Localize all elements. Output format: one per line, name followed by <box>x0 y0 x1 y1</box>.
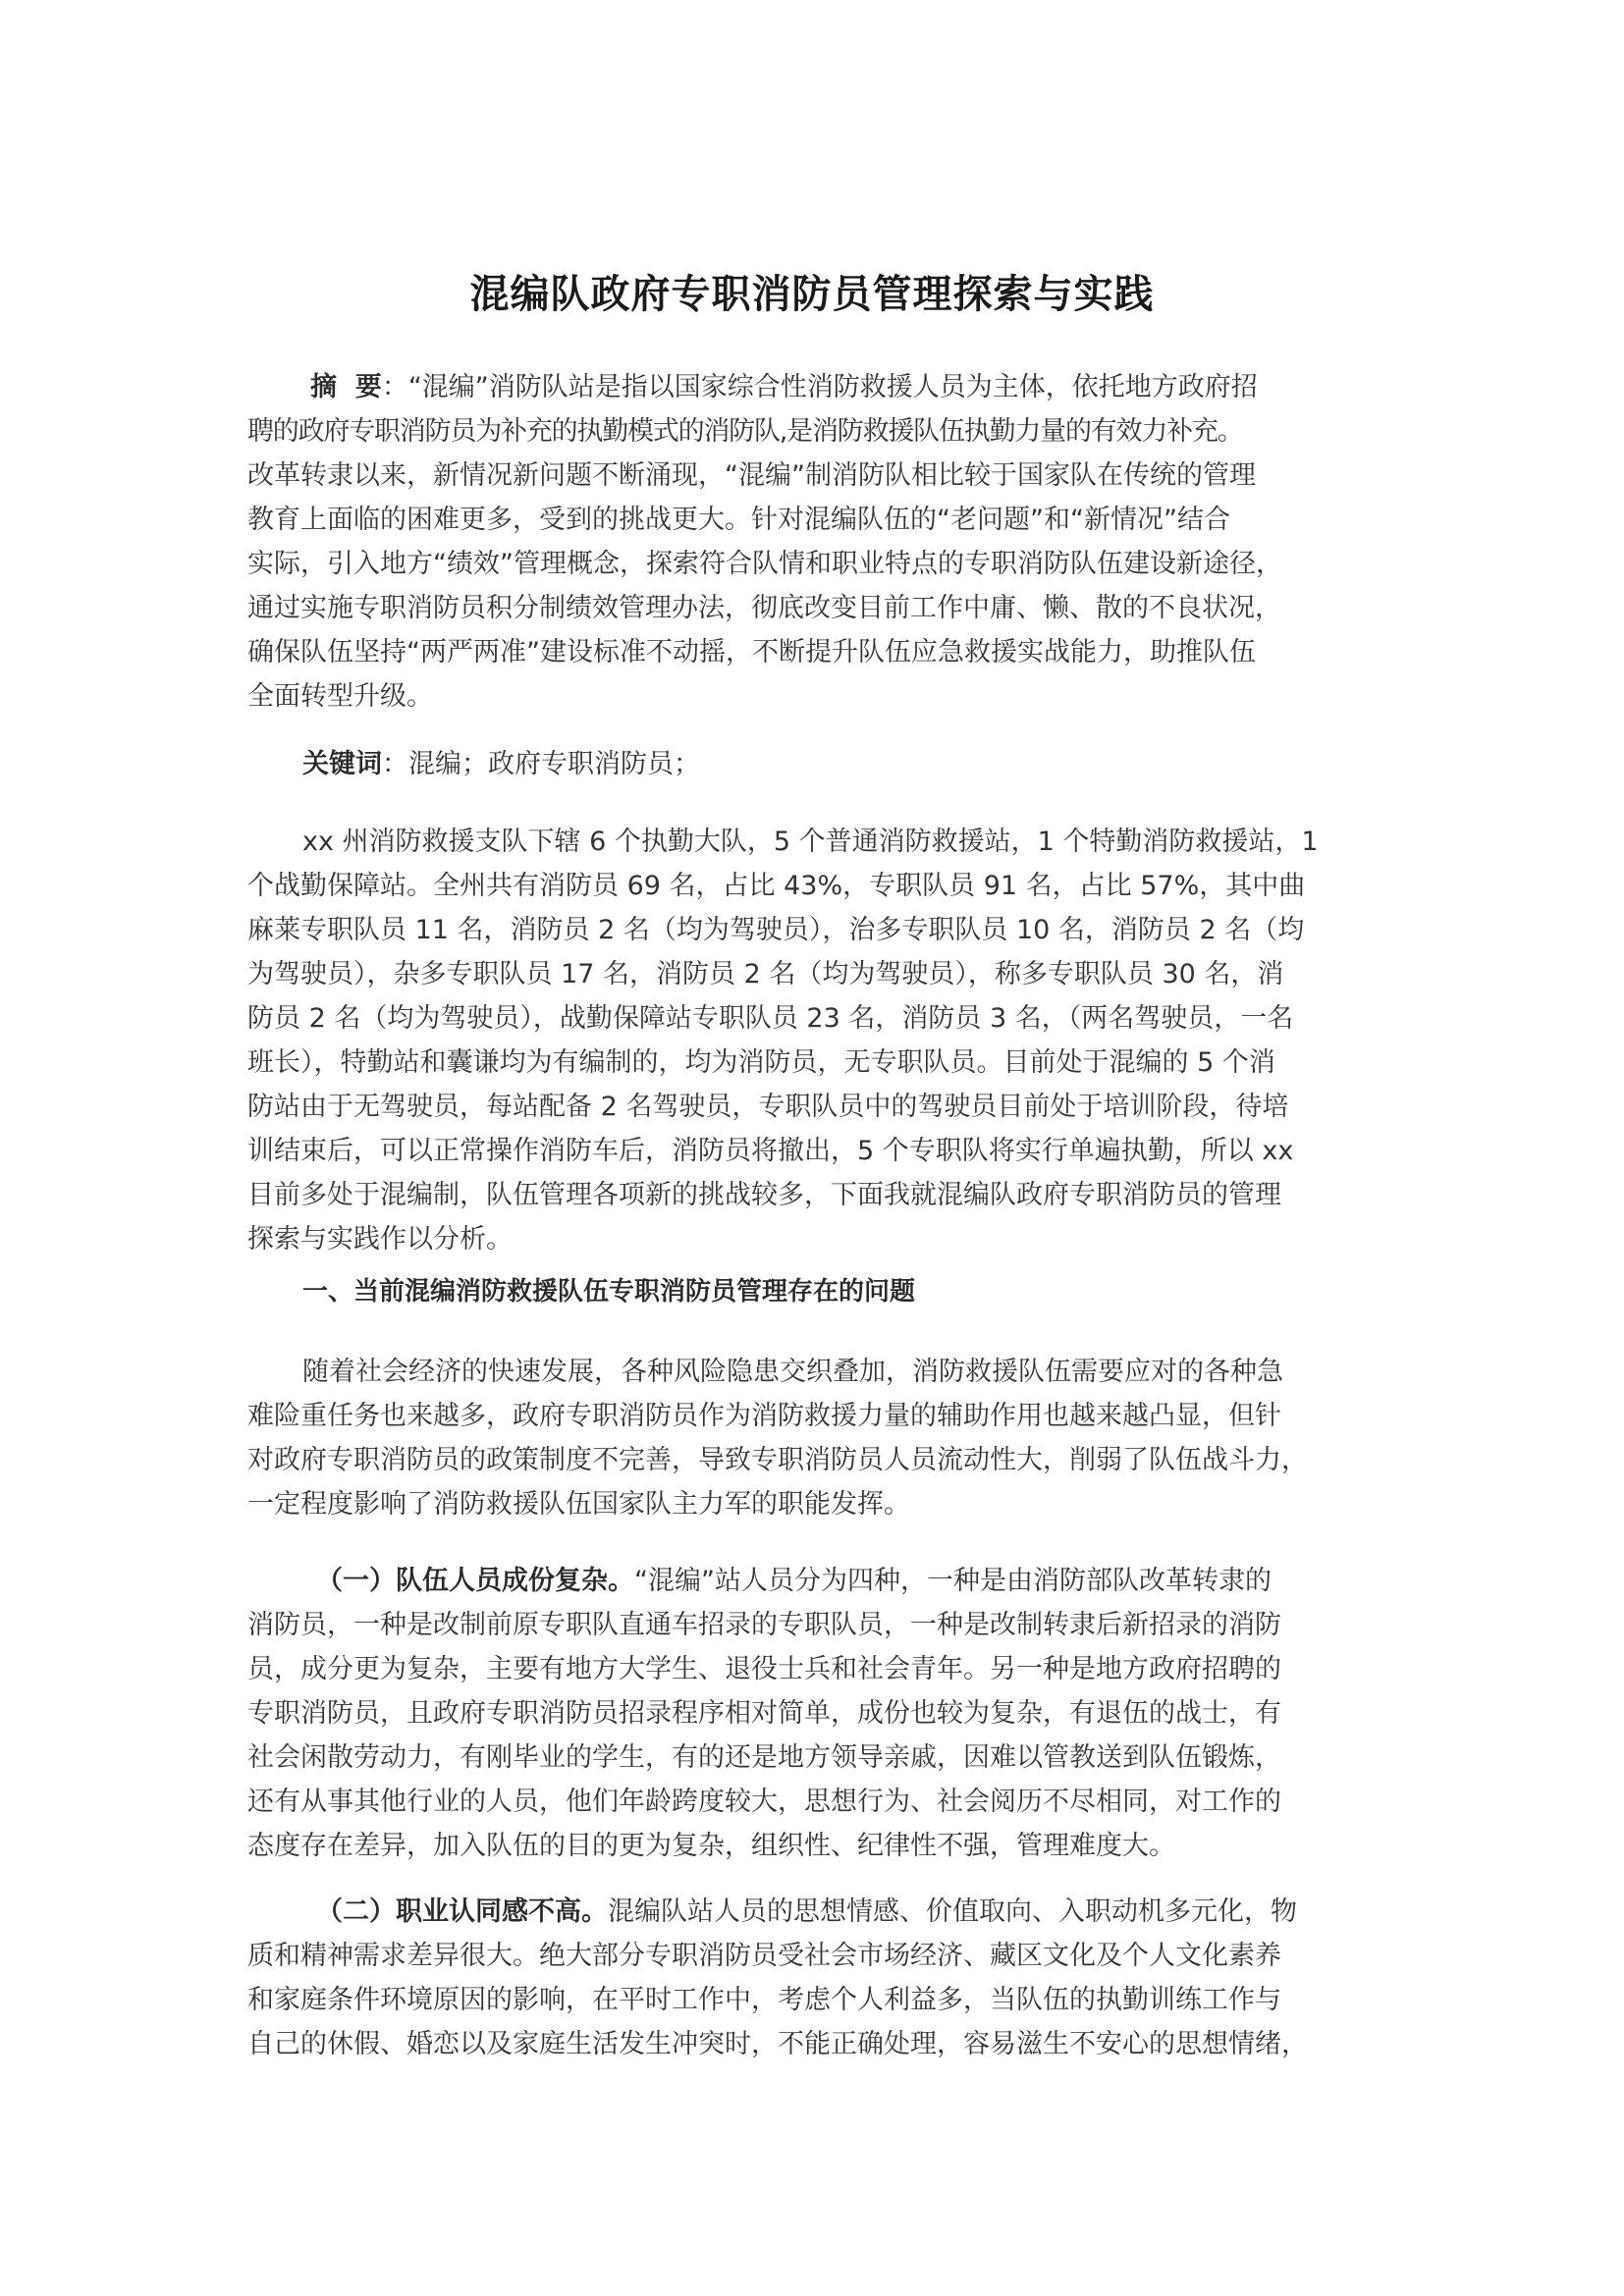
paragraph-line: 一定程度影响了消防救援队伍国家队主力军的职能发挥。 <box>247 1482 1367 1526</box>
paragraph-line: 班长），特勤站和囊谦均为有编制的，均为消防员，无专职队员。目前处于混编的 5 个… <box>247 1041 1367 1085</box>
paragraph-line: 对政府专职消防员的政策制度不完善，导致专职消防员人员流动性大，削弱了队伍战斗力， <box>247 1438 1367 1482</box>
abstract-line: 改革转隶以来，新情况新问题不断涌现，“混编”制消防队相比较于国家队在传统的管理 <box>247 454 1367 498</box>
paragraph-line: 随着社会经济的快速发展，各种风险隐患交织叠加，消防救援队伍需要应对的各种急 <box>247 1350 1367 1394</box>
intro-paragraph: xx 州消防救援支队下辖 6 个执勤大队，5 个普通消防救援站，1 个特勤消防救… <box>247 820 1367 1261</box>
abstract-label: 摘 要 <box>310 372 382 402</box>
paragraph-line: 麻莱专职队员 11 名，消防员 2 名（均为驾驶员），治多专职队员 10 名，消… <box>247 908 1367 952</box>
paragraph-line: 社会闲散劳动力，有刚毕业的学生，有的还是地方领导亲戚，因难以管教送到队伍锻炼， <box>247 1735 1367 1780</box>
paragraph-line: 为驾驶员），杂多专职队员 17 名，消防员 2 名（均为驾驶员），称多专职队员 … <box>247 952 1367 996</box>
paragraph-line: 还有从事其他行业的人员，他们年龄跨度较大，思想行为、社会阅历不尽相同，对工作的 <box>247 1780 1367 1824</box>
subsection-text: 混编队站人员的思想情感、价值取向、入职动机多元化，物 <box>608 1896 1297 1927</box>
abstract-line: 全面转型升级。 <box>247 674 1367 719</box>
abstract-line: 教育上面临的困难更多，受到的挑战更大。针对混编队伍的“老问题”和“新情况”结合 <box>247 498 1367 542</box>
paragraph-line: 训结束后，可以正常操作消防车后，消防员将撤出，5 个专职队将实行单遍执勤，所以 … <box>247 1129 1367 1173</box>
paragraph-line: 消防员，一种是改制前原专职队直通车招录的专职队员，一种是改制转隶后新招录的消防 <box>247 1603 1367 1647</box>
keywords-colon: ： <box>382 749 408 779</box>
subsection-text: “混编”站人员分为四种，一种是由消防部队改革转隶的 <box>634 1566 1272 1596</box>
paragraph-line: 个战勤保障站。全州共有消防员 69 名，占比 43%，专职队员 91 名，占比 … <box>247 864 1367 908</box>
section-1: 一、当前混编消防救援队伍专职消防员管理存在的问题 <box>247 1270 1367 1314</box>
paragraph-line: 自己的休假、婚恋以及家庭生活发生冲突时，不能正确处理，容易滋生不安心的思想情绪， <box>247 2022 1367 2066</box>
abstract-line: 确保队伍坚持“两严两准”建设标准不动摇，不断提升队伍应急救援实战能力，助推队伍 <box>247 630 1367 674</box>
abstract-text: “混编”消防队站是指以国家综合性消防救援人员为主体，依托地方政府招 <box>408 372 1258 402</box>
document-title: 混编队政府专职消防员管理探索与实践 <box>0 263 1624 319</box>
subsection-1: （一）队伍人员成份复杂。“混编”站人员分为四种，一种是由消防部队改革转隶的 消防… <box>247 1559 1367 1868</box>
subsection-label: （二）职业认同感不高。 <box>316 1896 608 1927</box>
abstract-section: 摘 要：“混编”消防队站是指以国家综合性消防救援人员为主体，依托地方政府招 聘的… <box>247 365 1367 719</box>
document-page: 混编队政府专职消防员管理探索与实践 摘 要：“混编”消防队站是指以国家综合性消防… <box>0 0 1624 2296</box>
abstract-line: 聘的政府专职消防员为补充的执勤模式的消防队,是消防救援队伍执勤力量的有效力补充。 <box>247 409 1367 454</box>
keywords-text: 混编；政府专职消防员； <box>408 749 700 779</box>
paragraph-line: 态度存在差异，加入队伍的目的更为复杂，组织性、纪律性不强，管理难度大。 <box>247 1824 1367 1868</box>
abstract-line: 摘 要：“混编”消防队站是指以国家综合性消防救援人员为主体，依托地方政府招 <box>247 365 1367 409</box>
abstract-line: 通过实施专职消防员积分制绩效管理办法，彻底改变目前工作中庸、懒、散的不良状况， <box>247 586 1367 630</box>
keywords-section: 关键词：混编；政府专职消防员； <box>247 742 1367 786</box>
paragraph-line: 专职消防员，且政府专职消防员招录程序相对简单，成份也较为复杂，有退伍的战士，有 <box>247 1691 1367 1735</box>
keywords-line: 关键词：混编；政府专职消防员； <box>247 742 1367 786</box>
paragraph-line: （二）职业认同感不高。混编队站人员的思想情感、价值取向、入职动机多元化，物 <box>247 1890 1367 1934</box>
paragraph-line: xx 州消防救援支队下辖 6 个执勤大队，5 个普通消防救援站，1 个特勤消防救… <box>247 820 1367 864</box>
paragraph-line: 防员 2 名（均为驾驶员），战勤保障站专职队员 23 名，消防员 3 名，（两名… <box>247 996 1367 1041</box>
paragraph-line: 和家庭条件环境原因的影响，在平时工作中，考虑个人利益多，当队伍的执勤训练工作与 <box>247 1978 1367 2022</box>
paragraph-line: 目前多处于混编制，队伍管理各项新的挑战较多，下面我就混编队政府专职消防员的管理 <box>247 1173 1367 1217</box>
keywords-label: 关键词 <box>302 749 382 779</box>
abstract-colon: ： <box>382 372 408 402</box>
subsection-label: （一）队伍人员成份复杂。 <box>316 1566 634 1596</box>
paragraph-line: 探索与实践作以分析。 <box>247 1217 1367 1261</box>
paragraph-line: 员，成分更为复杂，主要有地方大学生、退役士兵和社会青年。另一种是地方政府招聘的 <box>247 1647 1367 1691</box>
section-1-paragraph: 随着社会经济的快速发展，各种风险隐患交织叠加，消防救援队伍需要应对的各种急 难险… <box>247 1350 1367 1526</box>
paragraph-line: 质和精神需求差异很大。绝大部分专职消防员受社会市场经济、藏区文化及个人文化素养 <box>247 1934 1367 1978</box>
subsection-2: （二）职业认同感不高。混编队站人员的思想情感、价值取向、入职动机多元化，物 质和… <box>247 1890 1367 2066</box>
paragraph-line: （一）队伍人员成份复杂。“混编”站人员分为四种，一种是由消防部队改革转隶的 <box>247 1559 1367 1603</box>
abstract-line: 实际，引入地方“绩效”管理概念，探索符合队情和职业特点的专职消防队伍建设新途径， <box>247 542 1367 586</box>
paragraph-line: 防站由于无驾驶员，每站配备 2 名驾驶员，专职队员中的驾驶员目前处于培训阶段，待… <box>247 1085 1367 1129</box>
section-heading: 一、当前混编消防救援队伍专职消防员管理存在的问题 <box>247 1270 1367 1314</box>
paragraph-line: 难险重任务也来越多，政府专职消防员作为消防救援力量的辅助作用也越来越凸显，但针 <box>247 1394 1367 1438</box>
